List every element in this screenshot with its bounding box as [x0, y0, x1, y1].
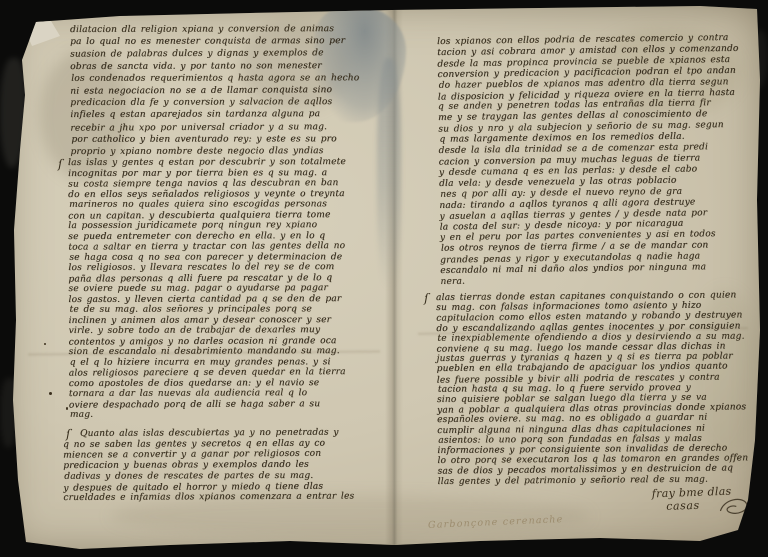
manuscript-line: dadivas y dones de rescates de partes de…	[64, 471, 355, 483]
manuscript-line: virle. y sobre todo an de trabajar de de…	[69, 325, 347, 336]
paragraph-lines: las islas y gentes q estan por descubrir…	[68, 157, 347, 420]
manuscript-line: contentos y amigos y no darles ocasion n…	[69, 336, 347, 348]
manuscript-line: toca a saltar en tierra y tractar con la…	[68, 241, 346, 253]
paragraph-lines: dilatacion dla religion xpiana y convers…	[70, 23, 359, 158]
manuscript-line: predicacion dla fe y conversion y salvac…	[70, 96, 358, 109]
paragraph-lines: los xpianos con ellos podria de rescates…	[437, 33, 742, 288]
ink-dot	[44, 343, 46, 345]
manuscript-line: su costa siempre tenga navios q las desc…	[68, 178, 346, 190]
manuscript-line: incognitas por mar y por tierra bien es …	[68, 168, 346, 179]
signature-rubric	[718, 496, 753, 517]
paragraph-mark: ſ	[424, 291, 429, 305]
paragraph-block: ſ alas tierras donde estan capitanes con…	[436, 290, 748, 487]
manuscript-line: con un capitan. y descubierta qualquiera…	[68, 210, 346, 222]
ink-dot	[66, 407, 68, 410]
manuscript-line: los condenados requerimientos q hasta ag…	[71, 72, 359, 85]
paragraph-mark: ſ	[58, 157, 63, 171]
manuscript-line: las islas y gentes q estan por descubrir…	[68, 157, 346, 168]
paragraph-block: ſ Quanto alas islas descubiertas ya y no…	[63, 427, 354, 503]
photo-background: dilatacion dla religion xpiana y convers…	[0, 0, 768, 557]
manuscript-line: alos religiosos pareciere q se deven que…	[69, 367, 347, 379]
manuscript-line: dilatacion dla religion xpiana y convers…	[70, 23, 358, 36]
manuscript-line: marineros no quales quiera sino escogida…	[69, 199, 347, 210]
manuscript-line: los religiosos. y llevara rescates lo de…	[68, 262, 346, 273]
paragraph-block: dilatacion dla religion xpiana y convers…	[70, 23, 359, 158]
paragraph-lines: alas tierras donde estan capitanes conqu…	[436, 290, 748, 487]
manuscript-line: tornara a dar las nuevas ala audiencia r…	[69, 388, 347, 399]
signature-las-casas: fray bme dlas casas	[652, 485, 733, 514]
manuscript-line: do en ellos seys señalados religiosos y …	[68, 189, 346, 200]
manuscript-line: paña dlas personas q alli fuere pa resca…	[68, 273, 346, 285]
manuscript-double-page: dilatacion dla religion xpiana y convers…	[0, 0, 768, 557]
manuscript-line: tacion hasta q su mag. lo q fuere servid…	[438, 382, 749, 394]
paragraph-lines: Quanto alas islas descubiertas ya y no p…	[63, 427, 354, 503]
manuscript-line: ni esta negociacion no se a de llamar co…	[70, 84, 358, 98]
gutter-stain-drip	[377, 58, 401, 290]
manuscript-line: los gastos. y lleven cierta cantidad pa …	[68, 294, 346, 305]
manuscript-line: q el q lo hiziere incurra en muy grandes…	[70, 357, 348, 368]
manuscript-line: por catholico y bien aventurado rey: y e…	[71, 133, 359, 146]
manuscript-line: asientos: lo uno porq son fundadas en fa…	[438, 433, 749, 445]
paragraph-block: ſ las islas y gentes q estan por descubr…	[68, 157, 347, 420]
paragraph-mark: ſ	[66, 427, 71, 441]
manuscript-line: te de su mag. alos señores y principales…	[70, 304, 348, 315]
manuscript-line: infieles q estan aparejados sin tardanza…	[70, 108, 358, 121]
ink-dot	[49, 392, 52, 395]
torn-corner	[22, 16, 62, 50]
paragraph-block: los xpianos con ellos podria de rescates…	[437, 33, 742, 288]
manuscript-line: suasion de palabras dulces y dignas y ex…	[70, 47, 358, 61]
manuscript-line: obras de sancta vida. y por tanto no son…	[70, 60, 358, 73]
manuscript-line: mag.	[70, 409, 348, 420]
manuscript-line: se haga cosa q no sea con parecer y dete…	[69, 252, 347, 263]
manuscript-line: y despues de quitado el horror y miedo q…	[63, 481, 354, 494]
